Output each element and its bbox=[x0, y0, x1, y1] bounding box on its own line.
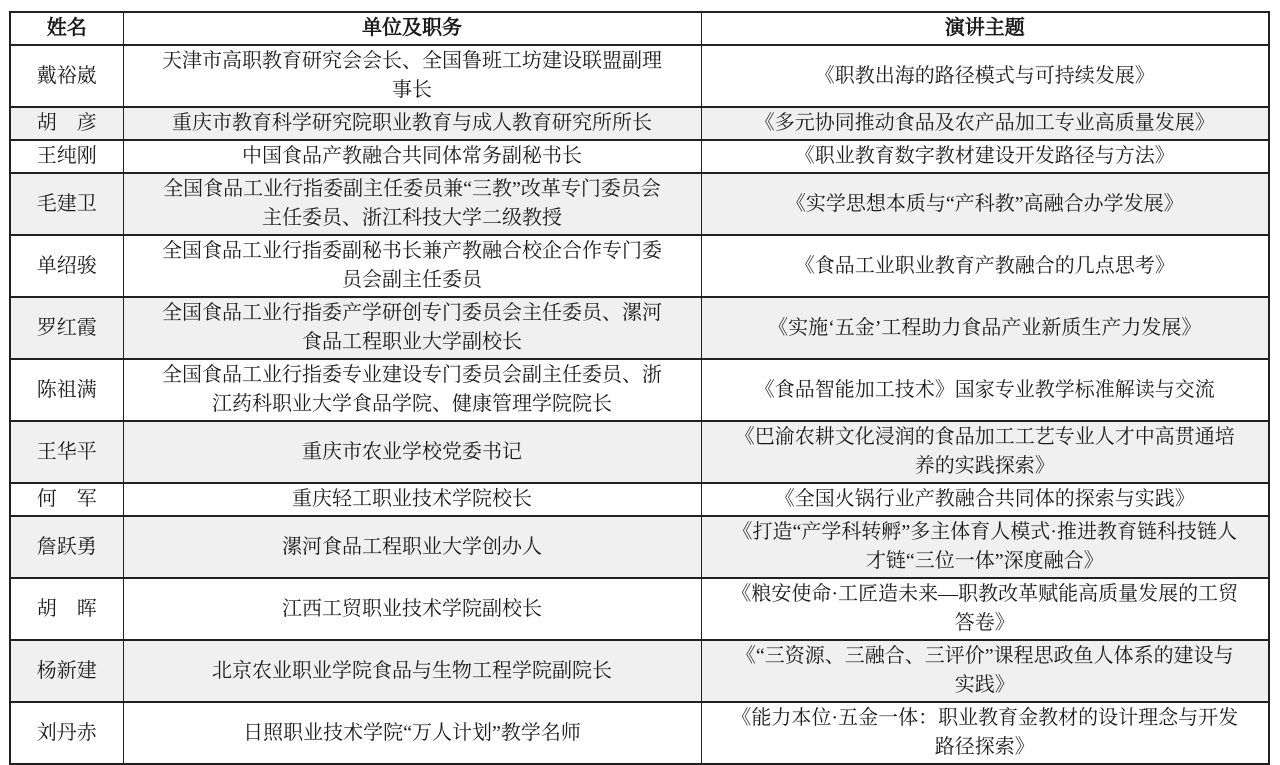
speaker-affiliation: 天津市高职教育研究会会长、全国鲁班工坊建设联盟副理事长 bbox=[123, 45, 701, 107]
speech-topic: 《食品智能加工技术》国家专业教学标准解读与交流 bbox=[701, 359, 1269, 421]
speaker-name: 詹跃勇 bbox=[10, 516, 123, 578]
speech-topic: 《能力本位·五金一体：职业教育金教材的设计理念与开发路径探索》 bbox=[701, 702, 1269, 764]
speakers-table: 姓名 单位及职务 演讲主题 戴裕崴天津市高职教育研究会会长、全国鲁班工坊建设联盟… bbox=[9, 11, 1270, 765]
speaker-name: 陈祖满 bbox=[10, 359, 123, 421]
table-row: 何 军重庆轻工职业技术学院校长《全国火锅行业产教融合共同体的探索与实践》 bbox=[10, 483, 1269, 516]
speaker-affiliation: 日照职业技术学院“万人计划”教学名师 bbox=[123, 702, 701, 764]
speaker-affiliation: 重庆轻工职业技术学院校长 bbox=[123, 483, 701, 516]
column-header-topic: 演讲主题 bbox=[701, 12, 1269, 45]
speaker-affiliation: 全国食品工业行指委产学研创专门委员会主任委员、漯河食品工程职业大学副校长 bbox=[123, 297, 701, 359]
speaker-name: 戴裕崴 bbox=[10, 45, 123, 107]
table-row: 王华平重庆市农业学校党委书记《巴渝农耕文化浸润的食品加工工艺专业人才中高贯通培养… bbox=[10, 421, 1269, 483]
speech-topic: 《实学思想本质与“产科教”高融合办学发展》 bbox=[701, 173, 1269, 235]
speaker-affiliation: 漯河食品工程职业大学创办人 bbox=[123, 516, 701, 578]
table-row: 罗红霞全国食品工业行指委产学研创专门委员会主任委员、漯河食品工程职业大学副校长《… bbox=[10, 297, 1269, 359]
header-row: 姓名 单位及职务 演讲主题 bbox=[10, 12, 1269, 45]
speech-topic: 《多元协同推动食品及农产品加工专业高质量发展》 bbox=[701, 107, 1269, 140]
speech-topic: 《实施‘五金’工程助力食品产业新质生产力发展》 bbox=[701, 297, 1269, 359]
table-body: 戴裕崴天津市高职教育研究会会长、全国鲁班工坊建设联盟副理事长《职教出海的路径模式… bbox=[10, 45, 1269, 764]
column-header-affiliation: 单位及职务 bbox=[123, 12, 701, 45]
speaker-name: 胡 彦 bbox=[10, 107, 123, 140]
table-row: 杨新建北京农业职业学院食品与生物工程学院副院长《“三资源、三融合、三评价”课程思… bbox=[10, 640, 1269, 702]
speaker-name: 胡 晖 bbox=[10, 578, 123, 640]
speaker-affiliation: 全国食品工业行指委专业建设专门委员会副主任委员、浙江药科职业大学食品学院、健康管… bbox=[123, 359, 701, 421]
column-header-name: 姓名 bbox=[10, 12, 123, 45]
speech-topic: 《“三资源、三融合、三评价”课程思政鱼人体系的建设与实践》 bbox=[701, 640, 1269, 702]
speaker-name: 何 军 bbox=[10, 483, 123, 516]
table-row: 单绍骏全国食品工业行指委副秘书长兼产教融合校企合作专门委员会副主任委员《食品工业… bbox=[10, 235, 1269, 297]
speaker-name: 单绍骏 bbox=[10, 235, 123, 297]
speaker-affiliation: 全国食品工业行指委副主任委员兼“三教”改革专门委员会主任委员、浙江科技大学二级教… bbox=[123, 173, 701, 235]
speech-topic: 《巴渝农耕文化浸润的食品加工工艺专业人才中高贯通培养的实践探索》 bbox=[701, 421, 1269, 483]
speaker-affiliation: 北京农业职业学院食品与生物工程学院副院长 bbox=[123, 640, 701, 702]
speech-topic: 《全国火锅行业产教融合共同体的探索与实践》 bbox=[701, 483, 1269, 516]
table-row: 戴裕崴天津市高职教育研究会会长、全国鲁班工坊建设联盟副理事长《职教出海的路径模式… bbox=[10, 45, 1269, 107]
table-row: 王纯刚中国食品产教融合共同体常务副秘书长《职业教育数字教材建设开发路径与方法》 bbox=[10, 140, 1269, 173]
table-row: 陈祖满全国食品工业行指委专业建设专门委员会副主任委员、浙江药科职业大学食品学院、… bbox=[10, 359, 1269, 421]
table-row: 詹跃勇漯河食品工程职业大学创办人《打造“产学科转孵”多主体育人模式·推进教育链科… bbox=[10, 516, 1269, 578]
speaker-name: 毛建卫 bbox=[10, 173, 123, 235]
speaker-affiliation: 江西工贸职业技术学院副校长 bbox=[123, 578, 701, 640]
speaker-affiliation: 全国食品工业行指委副秘书长兼产教融合校企合作专门委员会副主任委员 bbox=[123, 235, 701, 297]
speaker-name: 罗红霞 bbox=[10, 297, 123, 359]
speech-topic: 《职业教育数字教材建设开发路径与方法》 bbox=[701, 140, 1269, 173]
speaker-name: 王纯刚 bbox=[10, 140, 123, 173]
speech-topic: 《食品工业职业教育产教融合的几点思考》 bbox=[701, 235, 1269, 297]
speech-topic: 《粮安使命·工匠造未来—职教改革赋能高质量发展的工贸答卷》 bbox=[701, 578, 1269, 640]
speaker-affiliation: 重庆市教育科学研究院职业教育与成人教育研究所所长 bbox=[123, 107, 701, 140]
table-row: 毛建卫全国食品工业行指委副主任委员兼“三教”改革专门委员会主任委员、浙江科技大学… bbox=[10, 173, 1269, 235]
table-row: 刘丹赤日照职业技术学院“万人计划”教学名师《能力本位·五金一体：职业教育金教材的… bbox=[10, 702, 1269, 764]
speaker-name: 刘丹赤 bbox=[10, 702, 123, 764]
speech-topic: 《打造“产学科转孵”多主体育人模式·推进教育链科技链人才链“三位一体”深度融合》 bbox=[701, 516, 1269, 578]
speaker-affiliation: 中国食品产教融合共同体常务副秘书长 bbox=[123, 140, 701, 173]
table-row: 胡 彦重庆市教育科学研究院职业教育与成人教育研究所所长《多元协同推动食品及农产品… bbox=[10, 107, 1269, 140]
speaker-affiliation: 重庆市农业学校党委书记 bbox=[123, 421, 701, 483]
speaker-name: 杨新建 bbox=[10, 640, 123, 702]
table-row: 胡 晖江西工贸职业技术学院副校长《粮安使命·工匠造未来—职教改革赋能高质量发展的… bbox=[10, 578, 1269, 640]
speakers-table-container: 姓名 单位及职务 演讲主题 戴裕崴天津市高职教育研究会会长、全国鲁班工坊建设联盟… bbox=[9, 11, 1270, 765]
speech-topic: 《职教出海的路径模式与可持续发展》 bbox=[701, 45, 1269, 107]
speaker-name: 王华平 bbox=[10, 421, 123, 483]
page-background: { "colors": { "text": "#1a1a1a", "border… bbox=[0, 0, 1280, 734]
